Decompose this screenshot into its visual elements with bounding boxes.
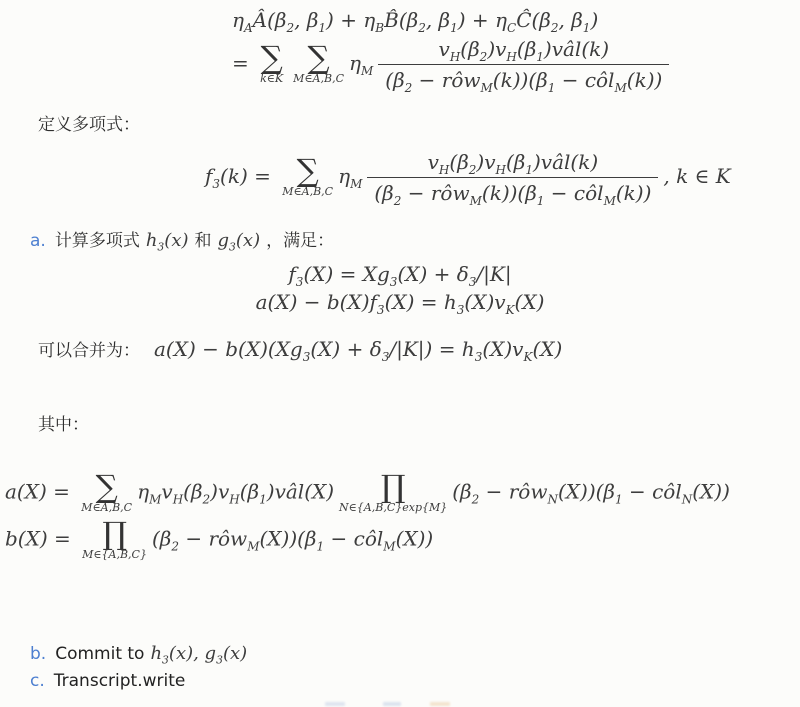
formula-eta-line1: ηAÂ(β2, β1) + ηBB̂(β2, β1) + ηCĈ(β2, β1): [232, 8, 674, 32]
formula-eta-line2: = ∑k∈K∑M∈A,B,CηMvH(β2)vH(β1)vâl(k)(β2 − …: [232, 37, 674, 92]
item-b-text: Commit to: [55, 644, 144, 664]
fraction: vH(β2)vH(β1)vâl(k)(β2 − rôwM(k))(β1 − cô…: [367, 150, 658, 205]
fraction: vH(β2)vH(β1)vâl(k)(β2 − rôwM(k))(β1 − cô…: [378, 37, 669, 92]
formula-aX: a(X) = ∑M∈A,B,CηMvH(β2)vH(β1)vâl(X)∏N∈{A…: [5, 472, 730, 514]
where-label: 其中：: [38, 410, 89, 435]
sum-operator: ∑M∈A,B,C: [282, 156, 333, 198]
item-a-text-and: 和: [195, 231, 212, 251]
cutoff-fragment: [325, 702, 345, 706]
formula-bX: b(X) = ∏M∈{A,B,C}(β2 − rôwM(X))(β1 − côl…: [5, 519, 730, 561]
formula-eta-linear-combination: ηAÂ(β2, β1) + ηBB̂(β2, β1) + ηCĈ(β2, β1)…: [232, 8, 674, 97]
list-marker-a: a.: [30, 231, 46, 251]
sum-operator: ∑k∈K: [260, 43, 283, 85]
formula-f3X-line1: f3(X) = Xg3(X) + δ3/|K|: [0, 262, 800, 286]
product-operator: ∏M∈{A,B,C}: [82, 519, 147, 561]
cutoff-fragment: [430, 702, 450, 706]
item-a-text-satisfy: ，满足：: [266, 231, 334, 251]
formula-aX-bX-definitions: a(X) = ∑M∈A,B,CηMvH(β2)vH(β1)vâl(X)∏N∈{A…: [5, 472, 730, 566]
sum-operator: ∑M∈A,B,C: [293, 43, 344, 85]
list-item-b: b.Commit toh3(x), g3(x): [30, 643, 253, 664]
list-item-a: a.计算多项式h3(x)和g3(x)，满足：: [30, 226, 334, 251]
cutoff-fragment: [383, 702, 401, 706]
merged-equation-row: 可以合并为：a(X) − b(X)(Xg3(X) + δ3/|K|) = h3(…: [38, 336, 562, 361]
list-marker-b: b.: [30, 644, 46, 664]
sum-operator: ∑M∈A,B,C: [81, 472, 132, 514]
math-g3x: g3(x): [218, 230, 261, 251]
math-commit-h3-g3: h3(x), g3(x): [150, 643, 247, 664]
formula-f3X-system: f3(X) = Xg3(X) + δ3/|K| a(X) − b(X)f3(X)…: [0, 262, 800, 314]
item-a-text-compute: 计算多项式: [55, 231, 140, 251]
define-polynomial-label: 定义多项式：: [38, 110, 140, 135]
item-c-text: Transcript.write: [54, 671, 186, 691]
formula-f3k: f3(k) = ∑M∈A,B,CηMvH(β2)vH(β1)vâl(k)(β2 …: [205, 150, 731, 205]
list-marker-c: c.: [30, 671, 45, 691]
math-h3x: h3(x): [146, 230, 189, 251]
merge-label: 可以合并为：: [38, 341, 140, 361]
formula-merged: a(X) − b(X)(Xg3(X) + δ3/|K|) = h3(X)vK(X…: [154, 337, 562, 361]
formula-f3X-line2: a(X) − b(X)f3(X) = h3(X)vK(X): [0, 290, 800, 314]
list-item-c: c.Transcript.write: [30, 671, 185, 691]
product-operator: ∏N∈{A,B,C}exp{M}: [339, 472, 447, 514]
next-content-cutoff: [0, 700, 800, 707]
